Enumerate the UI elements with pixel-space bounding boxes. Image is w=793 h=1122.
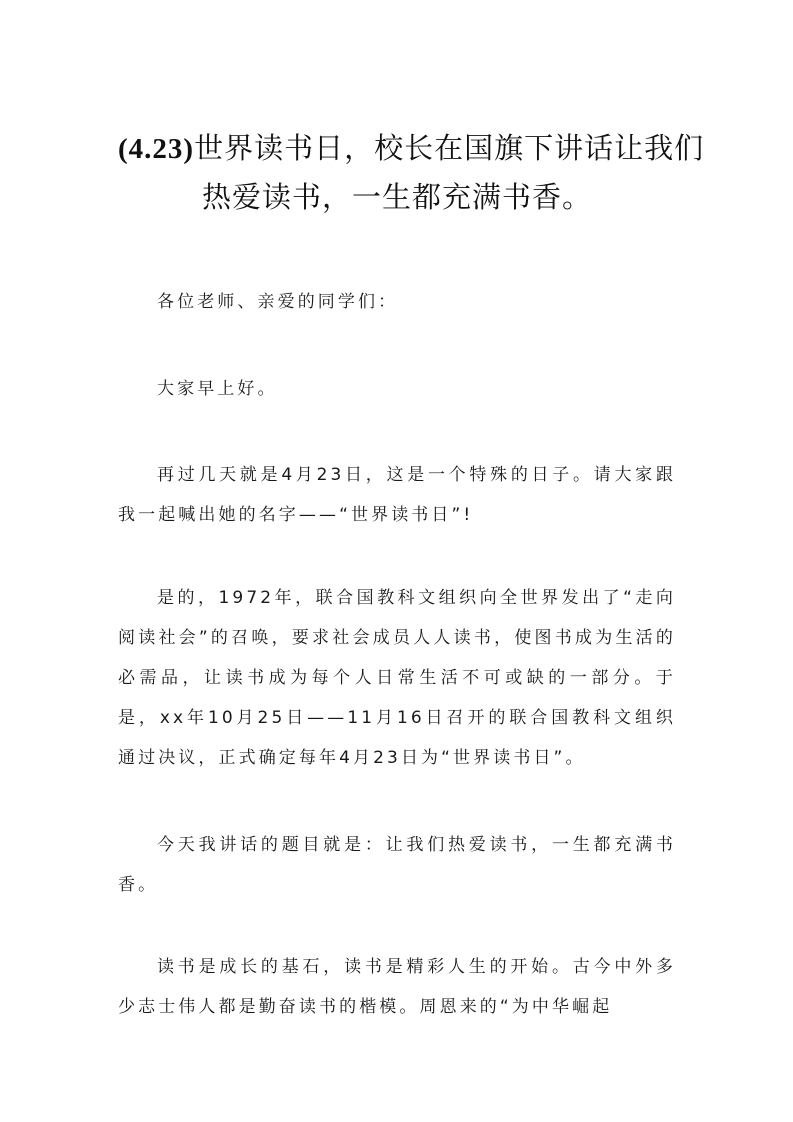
title-line-2: 热爱读书，一生都充满书香。 xyxy=(118,173,676,221)
document-title: (4.23)世界读书日，校长在国旗下讲话让我们 热爱读书，一生都充满书香。 xyxy=(118,124,676,221)
paragraph-intro: 再过几天就是4月23日，这是一个特殊的日子。请大家跟我一起喊出她的名字——“世界… xyxy=(118,455,676,535)
paragraph-history: 是的，1972年，联合国教科文组织向全世界发出了“走向阅读社会”的召唤，要求社会… xyxy=(118,578,676,778)
paragraph-reading-foundation: 读书是成长的基石，读书是精彩人生的开始。古今中外多少志士伟人都是勤奋读书的楷模。… xyxy=(118,947,676,1027)
greeting: 大家早上好。 xyxy=(118,369,676,409)
paragraph-topic: 今天我讲话的题目就是：让我们热爱读书，一生都充满书香。 xyxy=(118,825,676,905)
salutation: 各位老师、亲爱的同学们： xyxy=(118,282,676,322)
title-date-prefix: (4.23) xyxy=(118,133,194,165)
title-line-1: (4.23)世界读书日，校长在国旗下讲话让我们 xyxy=(118,124,676,173)
title-line-1-text: 世界读书日，校长在国旗下讲话让我们 xyxy=(194,131,704,165)
